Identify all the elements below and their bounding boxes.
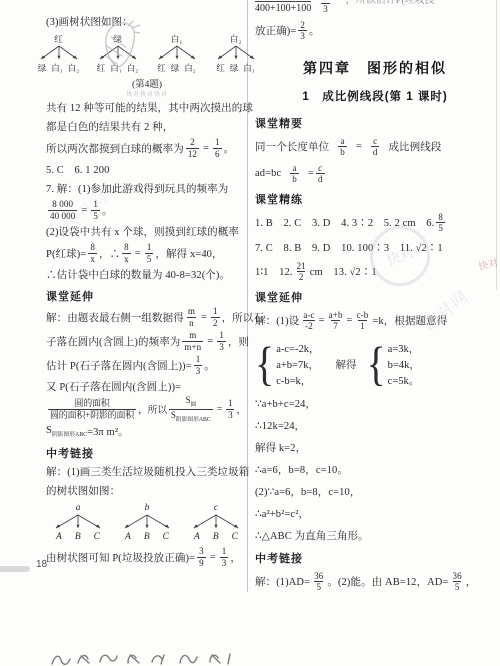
denominator: b (290, 173, 299, 184)
denominator: 6 (213, 148, 222, 159)
solution-line: 估计 P(石子落在圆内(含圆上))=13。 (46, 353, 248, 377)
denominator: 3 (194, 365, 203, 376)
figure-caption: (第4题) (46, 76, 248, 89)
denominator: 2 (211, 317, 220, 328)
tree-leaf-label: A (194, 532, 200, 543)
numerator: 1 (217, 330, 226, 340)
text: ， (466, 574, 477, 589)
fraction: 13 (226, 398, 234, 420)
equation: b=4k， (388, 357, 420, 372)
text: = (308, 168, 314, 179)
numerator: a-c (301, 310, 316, 320)
fraction: 23 (298, 20, 307, 42)
text: 由树状图可知 P(垃圾投放正确)= (46, 550, 195, 565)
solution-line: 8 00040 000=15。 (46, 198, 248, 222)
text: (2)∵a=6，b=8，c=10， (255, 484, 360, 499)
numerator: 36 (312, 571, 325, 581)
numerator: 8 (122, 242, 131, 252)
numerator: 1 (91, 199, 100, 209)
fraction: 8 00040 000 (48, 199, 77, 221)
left-brace (366, 340, 385, 388)
text: = (347, 315, 353, 326)
denominator: 9 (197, 557, 206, 568)
fraction: 8x (88, 242, 97, 264)
text: 解得 k=2， (255, 440, 306, 455)
numerator: 1 (145, 242, 154, 252)
tree-branch-arrows (186, 514, 246, 532)
tree-leaf-label: A (125, 532, 131, 543)
numerator: 2 (188, 137, 197, 147)
denominator: d (371, 146, 380, 157)
section-header-exam-link: 中考链接 (46, 443, 248, 462)
fraction: ab (338, 136, 347, 158)
answer-line: 7. C 8. B 9. D 10. 100∶3 11. √2∶1 (255, 236, 495, 258)
tree-leaves: 绿白₁白₂ (38, 63, 79, 74)
fraction: 85 (436, 212, 445, 234)
solution-line: ∴12k=24， (255, 414, 495, 436)
denominator: 5 (436, 222, 445, 233)
denominator: m+n (182, 341, 203, 352)
clipped-text: ，所以估计P(垃圾投 (346, 0, 435, 6)
denominator: b (338, 146, 347, 157)
text: ， (236, 402, 246, 416)
text: ∴a=6，b=8，c=10。 (255, 462, 348, 477)
tree-leaf-label: B (75, 532, 81, 543)
solution-line: 7. 解：(1)参加此游戏得到玩具的频率为 (46, 179, 248, 198)
fraction: 39 (197, 546, 206, 568)
numerator: c-b (355, 310, 371, 320)
numerator: a (291, 163, 299, 173)
fraction: 212 (295, 261, 308, 283)
text: =k，根据题意得 (372, 313, 447, 328)
fraction: ab (290, 163, 299, 185)
numerator: m (186, 306, 197, 316)
chapter-title: 第四章 图形的相似 (255, 58, 495, 78)
tree-leaf-label: A (56, 532, 62, 543)
fraction: mm+n (182, 330, 203, 352)
symbol-with-subscript: S圆 (186, 395, 197, 405)
equation: c-b=k， (276, 373, 319, 388)
numerator: 1 (213, 137, 222, 147)
text: ∵a+b+c=24， (255, 396, 316, 411)
fraction: 12 (211, 306, 220, 328)
right-column: 400+100+100 23 ，所以估计P(垃圾投 放正确)=23。 第四章 图… (255, 0, 495, 595)
text: (2)设袋中共有 x 个球，则摸到红球的概率 (46, 224, 239, 239)
numerator: 2 (298, 20, 307, 30)
fraction: 13 (217, 330, 226, 352)
tree: 白₁ 红绿白₂ (152, 34, 202, 74)
tree-leaves: 红绿白₁ (216, 63, 255, 74)
solution-line: 都是白色的结果共有 2 种， (46, 117, 248, 136)
fraction: cd (371, 136, 380, 158)
text: = (217, 404, 222, 415)
text: 课堂精要 (255, 115, 303, 131)
text: 课堂精练 (255, 191, 303, 207)
numerator: 1 (220, 546, 229, 556)
text: 。 (204, 358, 215, 373)
fraction: 13 (220, 546, 229, 568)
text: ∴估计袋中白球的数量为 40-8=32(个)。 (46, 267, 230, 282)
solution-line: 子落在圆内(含圆上)的频率为mm+n=13，则 (46, 329, 248, 353)
denominator: 5 (91, 210, 100, 221)
section-header-summary: 课堂精要 (255, 113, 495, 133)
text: 。(2)能。由 AB=12，AD= (327, 574, 448, 589)
denominator: 5 (145, 253, 154, 264)
tree-root-label: c (214, 503, 218, 514)
tree-leaf-label: 绿 (171, 63, 180, 74)
numerator: 圆的面积 (72, 398, 111, 408)
text: = (207, 336, 213, 347)
tree-root-label: 红 (54, 34, 63, 45)
fraction: 15 (91, 199, 100, 221)
solution-line: ∴△ABC 为直角三角形。 (255, 524, 495, 546)
tree-diagram-garbage: a ABC b ABC c ABC (46, 503, 248, 543)
page-margin-bar (0, 566, 30, 572)
section-header-practice: 课堂精练 (255, 189, 495, 209)
lesson-title: 1 成比例线段(第 1 课时) (255, 88, 495, 104)
text: 中考链接 (46, 445, 94, 461)
summary-line: 同一个长度单位ab=cd成比例线段 (255, 133, 495, 160)
clipped-line-content: 400+100+100 23 ，所以估计P(垃圾投 (255, 0, 435, 14)
symbol-subscript: 阴影图形ABC (52, 432, 87, 438)
tree-leaf-label: C (94, 532, 100, 543)
fraction: 圆的面积圆的面积+阴影的面积 (48, 398, 136, 420)
text: ，解得 x=40， (155, 246, 222, 261)
section-header-extension: 课堂延伸 (46, 286, 248, 305)
denominator: 7 (331, 320, 340, 331)
fraction-denominator-visible: 400+100+100 (255, 1, 311, 14)
tree-leaf-label: B (144, 532, 150, 543)
text: 快对快对快对 (126, 89, 168, 98)
denominator: -2 (303, 320, 315, 331)
section-header-exam-link: 中考链接 (255, 548, 495, 568)
fraction: 23 (321, 0, 330, 14)
solution-line: 放正确)=23。 (255, 17, 495, 44)
tree-leaf-label: C (163, 532, 169, 543)
solution-line: ∴a²+b²=c²， (255, 502, 495, 524)
solution-line: (2)设袋中共有 x 个球，则摸到红球的概率 (46, 222, 248, 241)
tree-leaf-label: 白₁ (51, 63, 62, 74)
solution-line: S阴影图形ABC=3π m²。 (46, 422, 248, 441)
text: ∴12k=24， (255, 418, 305, 433)
fraction: mn (186, 306, 197, 328)
fraction: 365 (451, 571, 464, 593)
workbook-answer-page: (3)画树状图如图： 红 绿白₁白₂ 绿 红白₁白₂ 白₁ 红绿白₂ 白₂ 红绿… (0, 0, 500, 666)
left-column: (3)画树状图如图： 红 绿白₁白₂ 绿 红白₁白₂ 白₁ 红绿白₂ 白₂ 红绿… (46, 12, 248, 569)
fraction: c-b1 (355, 310, 371, 332)
tree-leaves: ABC (125, 532, 169, 543)
fraction: 212 (186, 137, 199, 159)
fraction: 365 (312, 571, 325, 593)
text: 的树状图如图： (46, 483, 120, 498)
text: =3π m²。 (87, 424, 129, 439)
text: 都是白色的结果共有 2 种， (46, 119, 173, 134)
solution-line: 解得 k=2， (255, 436, 495, 458)
fraction: 15 (145, 242, 154, 264)
text: = (210, 552, 216, 563)
carrot-doodle-watermark (94, 20, 140, 72)
numerator: 8 (88, 242, 97, 252)
text: cm 13. √2∶1 (310, 264, 377, 279)
tree-leaf-label: 白₂ (68, 63, 79, 74)
tree-root-label: b (145, 503, 150, 514)
left-brace (255, 340, 274, 388)
fraction: 8x (122, 242, 131, 264)
text: = (319, 315, 325, 326)
denominator: 2 (297, 271, 306, 282)
text: ，则 (228, 334, 249, 349)
tree-leaf-label: 绿 (38, 63, 47, 74)
text: 中考链接 (255, 550, 303, 566)
system-solutions: a=3k， b=4k， c=5k。 (388, 341, 420, 388)
fraction: a-c-2 (301, 310, 316, 332)
equation: a+b=7k， (276, 357, 319, 372)
tree-leaf-label: 白₁ (243, 63, 254, 74)
denominator: 40 000 (48, 210, 77, 221)
numerator: c (316, 163, 324, 173)
tree-leaves: 红绿白₂ (157, 63, 196, 74)
tree-leaf-label: 白₂ (184, 63, 195, 74)
text: = (201, 312, 207, 323)
text: 共有 12 种等可能的结果，其中两次摸出的球 (46, 100, 253, 115)
denominator: x (122, 253, 131, 264)
text: ，∴ (99, 246, 120, 261)
tree-branch-arrows (48, 514, 108, 532)
text: 又 P(石子落在圆内(含圆上))= (46, 379, 181, 394)
numerator: 21 (295, 261, 308, 271)
denominator: 3 (298, 30, 307, 41)
text: 。 (309, 23, 320, 38)
equation-system: a-c=-2k， a+b=7k， c-b=k， 解得 a=3k， b=4k， c… (255, 338, 495, 390)
text: ， (230, 550, 241, 565)
denominator: 3 (220, 557, 229, 568)
denominator: 12 (186, 148, 199, 159)
symbol-subscript: 圆 (190, 402, 196, 408)
text: ∴a²+b²=c²， (255, 506, 309, 521)
text: 课堂延伸 (46, 288, 94, 304)
text: 放正确)= (255, 23, 296, 38)
text: 成比例线段 (388, 139, 441, 154)
denominator: 1 (358, 320, 367, 331)
tree-branch-arrows (152, 45, 202, 63)
numerator: 8 000 (50, 199, 75, 209)
tree-branch-arrows (211, 45, 261, 63)
text: 解：(1)画三类生活垃圾随机投入三类垃圾箱 (46, 464, 249, 479)
tree: b ABC (117, 503, 177, 543)
tree-leaves: ABC (194, 532, 238, 543)
numerator: a (338, 136, 346, 146)
symbol-with-subscript: S阴影图形ABC (46, 425, 87, 438)
tree-root-label: a (76, 503, 81, 514)
tree-diagram-q4: 红 绿白₁白₂ 绿 红白₁白₂ 白₁ 红绿白₂ 白₂ 红绿白₁ (46, 34, 248, 74)
text: 解：由题表最右侧一组数据得 (46, 310, 184, 325)
solution-line: ∵a+b+c=24， (255, 392, 495, 414)
solution-line: ∴a=6，b=8，c=10。 (255, 458, 495, 480)
text: P(红球)= (46, 246, 86, 261)
text: ∴△ABC 为直角三角形。 (255, 528, 369, 543)
denominator: 3 (217, 341, 226, 352)
fraction: 16 (213, 137, 222, 159)
text: ad=bc (255, 168, 281, 179)
watermark-tiny-text: 快对快对快对 (46, 89, 248, 98)
denominator: x (88, 253, 97, 264)
answer-line: 5. C 6. 1 200 (46, 160, 248, 179)
denominator: 3 (226, 409, 234, 420)
text: 子落在圆内(含圆上)的频率为 (46, 334, 180, 349)
solution-line: 解：(1)画三类生活垃圾随机投入三类垃圾箱 (46, 462, 248, 481)
tree: 白₂ 红绿白₁ (211, 34, 261, 74)
tree-leaf-label: 红 (216, 63, 225, 74)
denominator: 5 (453, 581, 462, 592)
solution-line: (3)画树状图如图： (46, 12, 248, 31)
text: 课堂延伸 (255, 289, 303, 305)
fraction: cd (316, 163, 325, 185)
scan-edge-line (496, 0, 497, 290)
solution-line: 又 P(石子落在圆内(含圆上))= (46, 377, 248, 396)
solution-line: 解：(1)AD=365。(2)能。由 AB=12，AD=365， (255, 568, 495, 595)
denominator: 5 (314, 581, 323, 592)
solution-line: 由树状图可知 P(垃圾投放正确)=39=13， (46, 545, 248, 569)
numerator: 1 (194, 354, 203, 364)
solution-line: 共有 12 种等可能的结果，其中两次摸出的球 (46, 98, 248, 117)
solution-line: 解：(1)设a-c-2=a+b7=c-b1=k，根据题意得 (255, 307, 495, 334)
text: 7. C 8. B 9. D 10. 100∶3 11. √2∶1 (255, 240, 443, 255)
text: 。 (224, 141, 235, 156)
solution-line: 所以两次都摸到白球的概率为212=16。 (46, 136, 248, 160)
equation: a-c=-2k， (276, 341, 319, 356)
clipped-top-line: 400+100+100 23 ，所以估计P(垃圾投 (255, 0, 495, 15)
text: 。 (102, 203, 113, 218)
denominator: n (187, 317, 196, 328)
text: 估计 P(石子落在圆内(含圆上))= (46, 358, 192, 373)
tree-leaf-label: C (232, 532, 238, 543)
section-header-extension: 课堂延伸 (255, 287, 495, 307)
fraction: 13 (194, 354, 203, 376)
text: 7. 解：(1)参加此游戏得到玩具的频率为 (46, 181, 228, 196)
text: 解：(1)AD= (255, 574, 310, 589)
text: = (81, 205, 87, 216)
fraction: a+b7 (327, 310, 345, 332)
equation: a=3k， (388, 341, 420, 356)
solution-line: 解：由题表最右侧一组数据得mn=12，所以石 (46, 305, 248, 329)
answer-line: 1. B 2. C 3. D 4. 3∶2 5. 2 cm 6.85 (255, 209, 495, 236)
tree-root-label: 白₂ (230, 34, 242, 45)
tree-leaf-label: B (213, 532, 219, 543)
tree-leaves: ABC (56, 532, 100, 543)
tree-branch-arrows (34, 45, 84, 63)
tree: c ABC (186, 503, 246, 543)
solution-line: 圆的面积圆的面积+阴影的面积，所以S圆S阴影图形ABC=13， (46, 396, 248, 422)
solution-line: ∴估计袋中白球的数量为 40-8=32(个)。 (46, 265, 248, 284)
numerator: S圆 (184, 395, 199, 408)
numerator: m (187, 330, 198, 340)
solution-line: P(红球)=8x，∴8x=15，解得 x=40， (46, 241, 248, 265)
tree: 红 绿白₁白₂ (34, 34, 84, 74)
handwriting-fragment (48, 650, 248, 666)
text: 1. B 2. C 3. D 4. 3∶2 5. 2 cm 6. (255, 215, 434, 230)
tree-root-label: 白₁ (171, 34, 183, 45)
text: ，所以 (138, 402, 167, 416)
text: (第4题) (132, 76, 162, 89)
fraction: S圆S阴影图形ABC (169, 395, 213, 423)
numerator: 36 (451, 571, 464, 581)
denominator: 3 (321, 3, 330, 14)
tree-branch-arrows (117, 514, 177, 532)
numerator: 1 (226, 398, 234, 408)
numerator: 8 (436, 212, 445, 222)
denominator: S阴影图形ABC (169, 409, 213, 423)
text: = (203, 143, 209, 154)
text: = (356, 141, 362, 152)
text: 所以两次都摸到白球的概率为 (46, 141, 184, 156)
summary-line: ad=bcab=cd (255, 160, 495, 187)
tree-leaf-label: 红 (157, 63, 166, 74)
text: 第四章 图形的相似 (303, 58, 447, 78)
system-equations: a-c=-2k， a+b=7k， c-b=k， (276, 341, 319, 388)
denominator: d (316, 173, 325, 184)
denominator: 圆的面积+阴影的面积 (48, 409, 136, 420)
text: 1 成比例线段(第 1 课时) (302, 88, 447, 104)
numerator: a+b (327, 310, 345, 320)
solution-line: 的树状图如图： (46, 481, 248, 500)
numerator: 1 (211, 306, 220, 316)
text: 解：(1)设 (255, 313, 299, 328)
text: 解得 (335, 357, 356, 372)
tree-leaf-label: 绿 (230, 63, 239, 74)
numerator: 3 (197, 546, 206, 556)
text: 1∶1 12. (255, 264, 293, 279)
symbol-subscript: 阴影图形ABC (176, 416, 211, 422)
text: = (135, 248, 141, 259)
symbol-with-subscript: S阴影图形ABC (171, 410, 211, 420)
page-number: 18 (36, 559, 47, 570)
text: 5. C 6. 1 200 (46, 162, 109, 177)
text: 同一个长度单位 (255, 139, 329, 154)
solution-line: (2)∵a=6，b=8，c=10， (255, 480, 495, 502)
tree: a ABC (48, 503, 108, 543)
answer-line: 1∶1 12.212cm 13. √2∶1 (255, 258, 495, 285)
equation: c=5k。 (388, 373, 420, 388)
numerator: c (371, 136, 379, 146)
